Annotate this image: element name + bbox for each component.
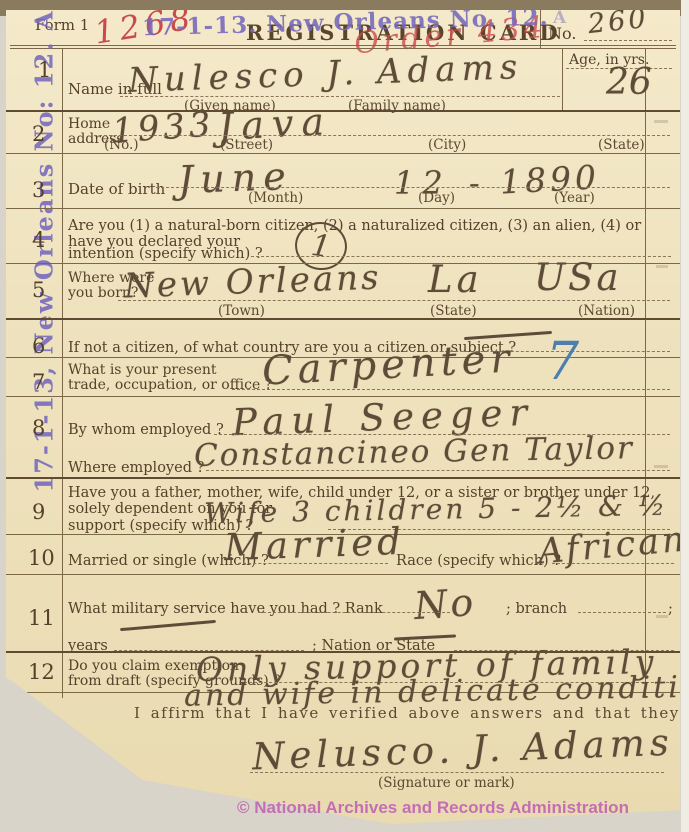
row1-rule [6,110,680,112]
employed-where-handwritten: Constancineo Gen Taylor [194,430,634,474]
dob-dotted-line [156,187,670,188]
citizen-question-line2: intention (specify which) ? [68,246,263,262]
row10-rule [6,574,680,575]
address-city-label: (City) [428,137,466,153]
header-rule [10,45,676,46]
affirmation-text: I affirm that I have verified above answ… [134,704,689,722]
row11-number: 11 [28,606,55,630]
military-label: What military service have you had ? Ran… [68,601,383,617]
birthplace-state-handwritten: La [428,258,483,301]
employed-where-dotted-line [206,470,670,471]
number-column-line [62,48,63,698]
branch-label: ; branch [506,601,567,617]
scan-side-strip [681,0,689,832]
row8-number: 8 [32,416,45,440]
home-address-label-1: Home [68,116,110,132]
serial-no-dotted-line [584,40,672,41]
birthplace-state-label: (State) [430,303,477,319]
years-dash-mark [120,620,216,631]
dob-month-label: (Month) [248,190,303,206]
birthplace-town-label: (Town) [218,303,265,319]
row12-number: 12 [28,660,55,684]
married-handwritten: Married [223,520,405,569]
row1-number: 1 [38,58,51,82]
name-handwritten: Nulesco J. Adams [127,47,523,101]
header-rule-2 [10,48,676,49]
branch-dotted-line [578,612,666,613]
dob-day-label: (Day) [418,190,455,206]
row5-rule [6,318,680,320]
row6-number: 6 [32,334,45,358]
address-dotted-line [94,135,670,136]
row2-number: 2 [32,122,45,146]
rank-dotted-line [258,612,450,613]
row9-number: 9 [32,500,45,524]
married-dotted-line [238,563,388,564]
row4-number: 4 [32,228,45,252]
row3-number: 3 [32,178,45,202]
signature-label: (Signature or mark) [378,775,515,791]
dob-label: Date of birth [68,180,165,198]
row10-number: 10 [28,546,55,570]
top-stamp-suffix: A [553,8,566,28]
bleed-mark [654,120,668,123]
signature-dotted-line [250,772,664,773]
registration-card: Form 1 REGISTRATION CARD No. 260 1268 Or… [6,10,680,824]
age-cell-line [562,48,563,110]
name-dotted-line [120,96,560,97]
address-no-label: (No.) [104,137,139,153]
age-handwritten: 26 [606,62,652,103]
row7-number: 7 [32,370,45,394]
birthplace-nation-label: (Nation) [578,303,635,319]
bleed-mark [654,465,668,468]
military-rank-handwritten: No [413,580,478,628]
bleed-mark [656,265,668,268]
birthplace-nation-handwritten: USa [534,256,622,299]
trade-label-1: What is your present [68,362,217,378]
signature-handwritten: Nelusco. J. Adams [251,721,674,779]
row3-rule [6,208,680,209]
archives-watermark: © National Archives and Records Administ… [237,798,629,818]
bleed-mark [656,615,668,618]
trade-label-2: trade, occupation, or office ? [68,377,272,393]
birthplace-dotted-line [118,300,670,301]
row5-number: 5 [32,278,45,302]
address-street-label: (Street) [220,137,273,153]
employed-where-label: Where employed ? [68,460,204,476]
race-label: Race (specify which) ? [396,553,561,569]
address-state-label: (State) [598,137,645,153]
employer-label: By whom employed ? [68,422,224,438]
dob-year-label: (Year) [554,190,595,206]
row8-rule [6,477,680,479]
row2-rule [6,153,680,154]
trade-dotted-line [232,389,670,390]
right-margin-line [645,48,646,698]
race-dotted-line [552,563,674,564]
race-handwritten: African [537,520,689,573]
blue-pencil-seven: 7 [546,332,579,392]
branch-semicolon: ; [668,601,673,617]
